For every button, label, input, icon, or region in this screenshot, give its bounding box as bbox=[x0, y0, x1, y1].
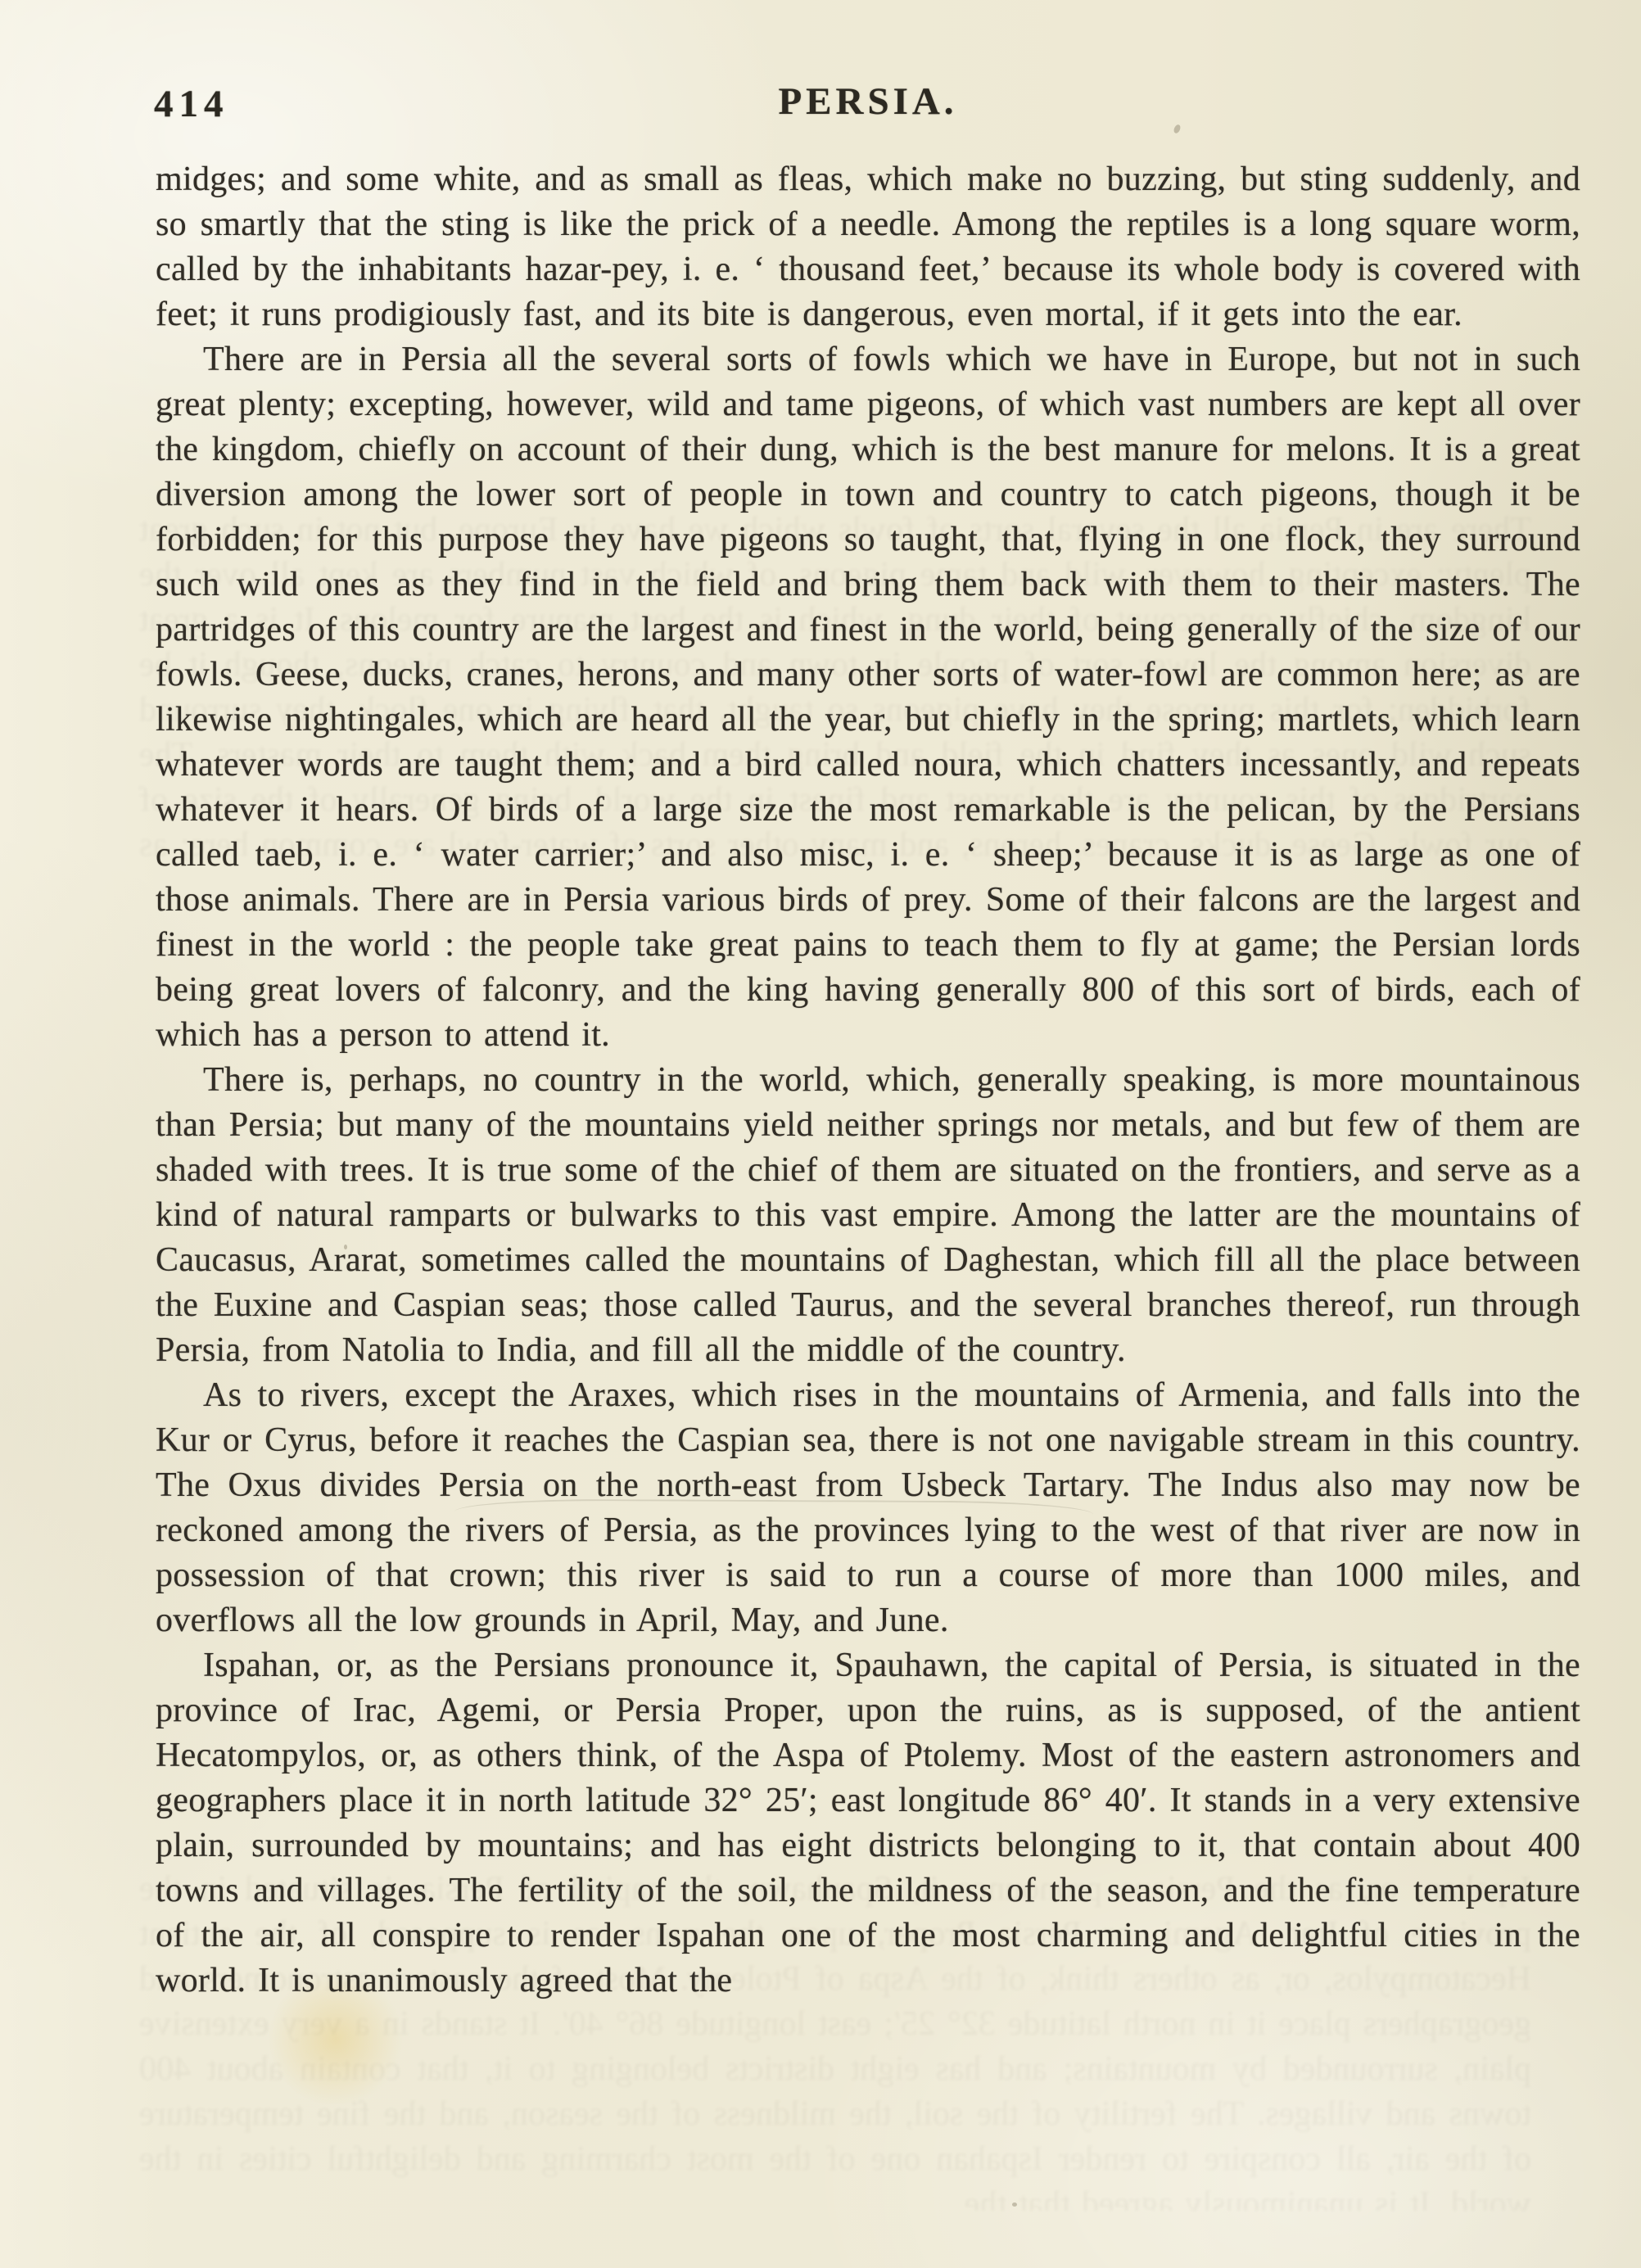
running-title: PERSIA. bbox=[156, 79, 1580, 124]
paper-speck bbox=[1173, 124, 1182, 134]
paragraph-ispahan: Ispahan, or, as the Persians pronounce i… bbox=[156, 1643, 1580, 2004]
page-body: midges; and some white, and as small as … bbox=[156, 157, 1580, 2004]
book-page-scan: 414 PERSIA. There are in Persia all the … bbox=[0, 0, 1641, 2268]
paper-speck bbox=[1012, 2202, 1017, 2207]
paragraph-fowls-falcons: There are in Persia all the several sort… bbox=[156, 337, 1580, 1058]
paragraph-rivers: As to rivers, except the Araxes, which r… bbox=[156, 1373, 1580, 1643]
paragraph-mountains: There is, perhaps, no country in the wor… bbox=[156, 1058, 1580, 1373]
paragraph-midges-reptiles: midges; and some white, and as small as … bbox=[156, 157, 1580, 337]
